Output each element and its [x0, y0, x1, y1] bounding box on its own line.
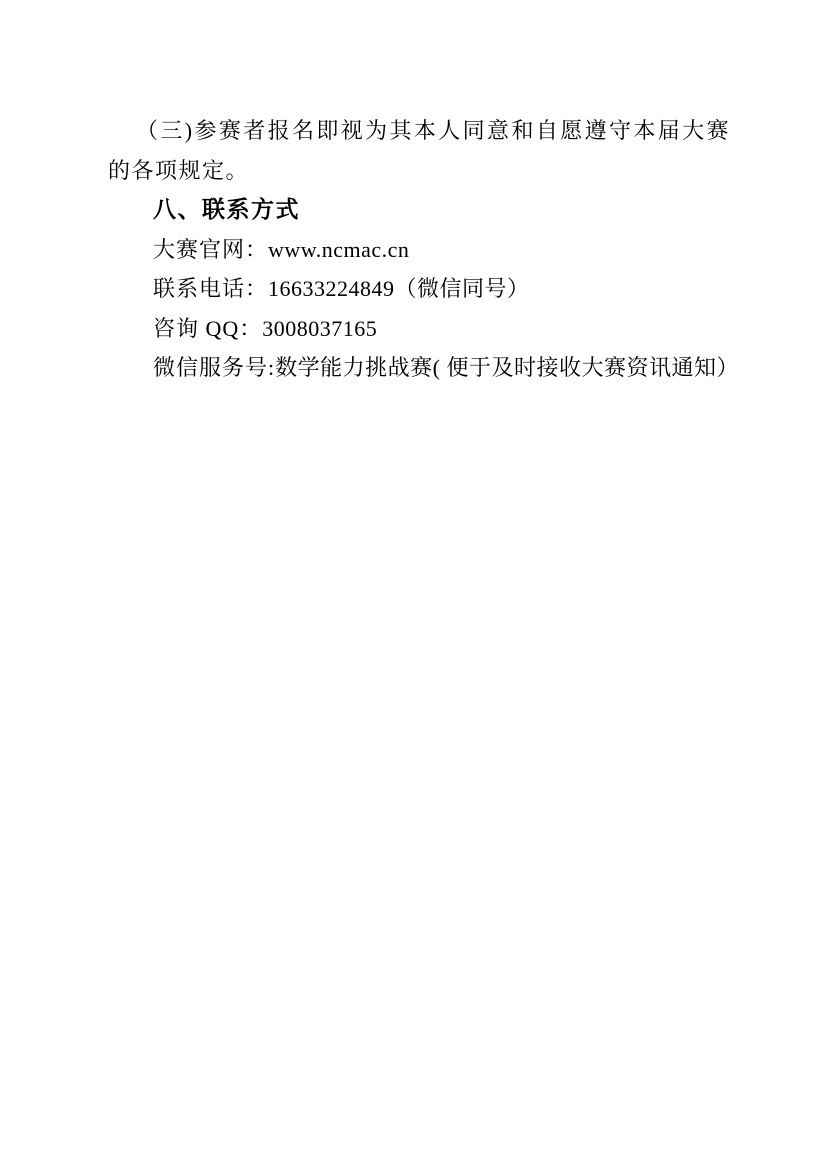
document-page: （三)参赛者报名即视为其本人同意和自愿遵守本届大赛的各项规定。 八、联系方式 大… — [0, 0, 827, 1169]
contact-line-qq: 咨询 QQ：3008037165 — [153, 309, 730, 349]
contact-line-wechat: 微信服务号:数学能力挑战赛( 便于及时接收大赛资讯通知） — [153, 348, 730, 388]
contact-line-phone: 联系电话：16633224849（微信同号） — [153, 269, 730, 309]
section-heading-contact-info: 八、联系方式 — [153, 190, 730, 230]
contact-qq-label: 咨询 QQ： — [153, 316, 262, 341]
contact-line-website: 大赛官网：www.ncmac.cn — [153, 230, 730, 270]
contact-website-label: 大赛官网： — [153, 237, 268, 262]
contact-wechat-label: 微信服务号: — [153, 355, 275, 380]
document-content: （三)参赛者报名即视为其本人同意和自愿遵守本届大赛的各项规定。 八、联系方式 大… — [108, 111, 730, 388]
contact-phone-label: 联系电话： — [153, 276, 268, 301]
contact-qq-value: 3008037165 — [262, 316, 377, 341]
contact-wechat-value: 数学能力挑战赛( 便于及时接收大赛资讯通知） — [275, 355, 739, 380]
contact-phone-value: 16633224849（微信同号） — [268, 276, 530, 301]
paragraph-clause-3: （三)参赛者报名即视为其本人同意和自愿遵守本届大赛的各项规定。 — [108, 111, 730, 190]
contact-website-value: www.ncmac.cn — [268, 237, 409, 262]
